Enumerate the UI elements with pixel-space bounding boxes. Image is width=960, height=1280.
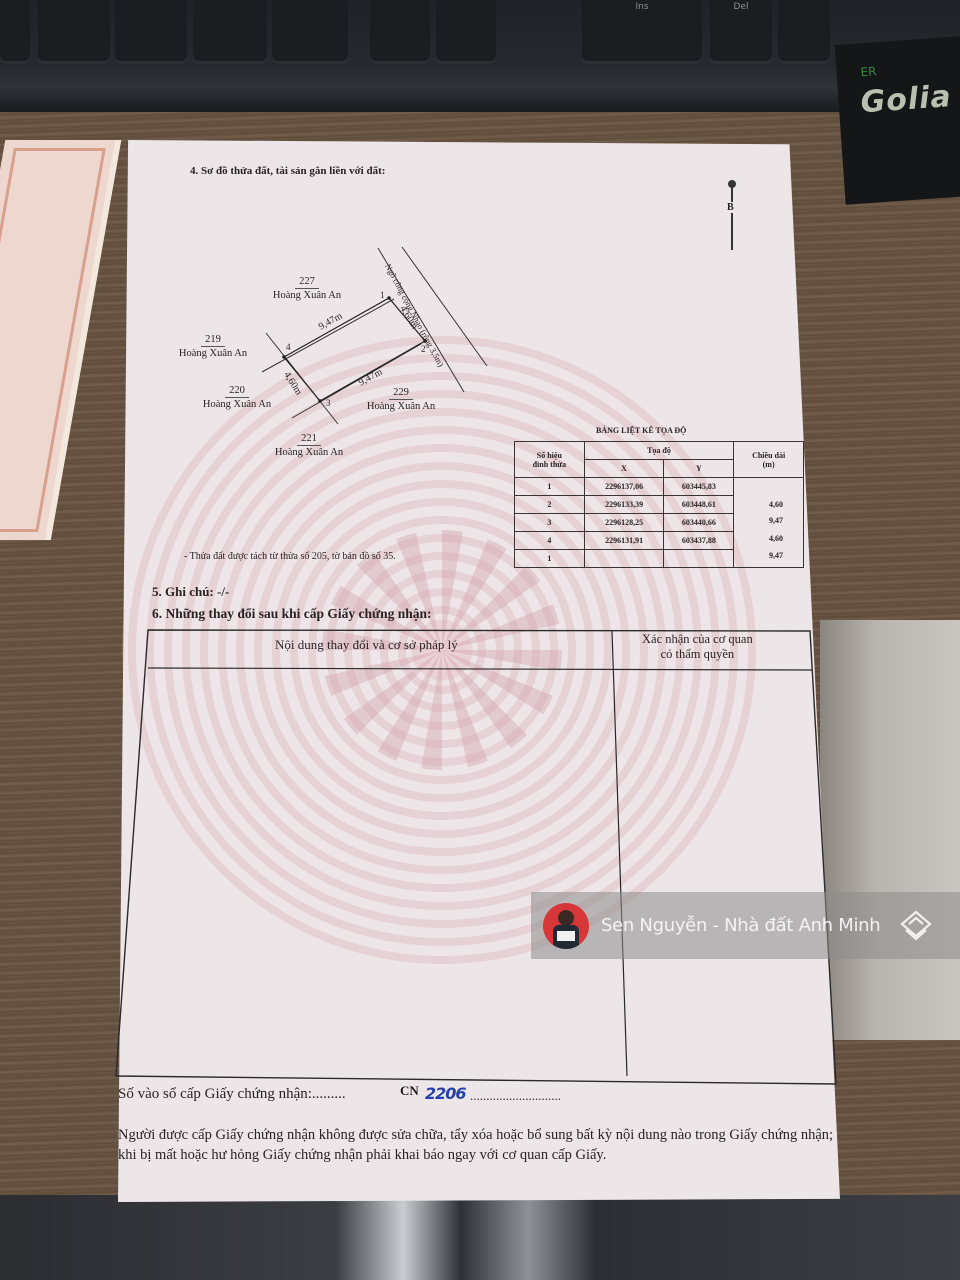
certificate-warning: Người được cấp Giấy chứng nhận không đượ… (118, 1125, 838, 1165)
author-name[interactable]: Sen Nguyễn - Nhà đất Anh Minh (601, 915, 880, 936)
registration-label: Số vào sổ cấp Giấy chứng nhận:......... (118, 1086, 346, 1103)
changes-col-content: Nội dung thay đổi và cơ sở pháp lý (275, 637, 458, 653)
changes-col-authority: Xác nhận của cơ quan có thẩm quyền (642, 632, 753, 662)
author-watermark-banner: Sen Nguyễn - Nhà đất Anh Minh (531, 892, 960, 959)
registration-dots: ............................ (470, 1088, 561, 1104)
avatar[interactable] (543, 903, 589, 949)
registration-number: 2206 (425, 1084, 466, 1103)
registration-prefix: CN (400, 1083, 419, 1099)
layered-chevron-logo-icon (898, 908, 934, 944)
